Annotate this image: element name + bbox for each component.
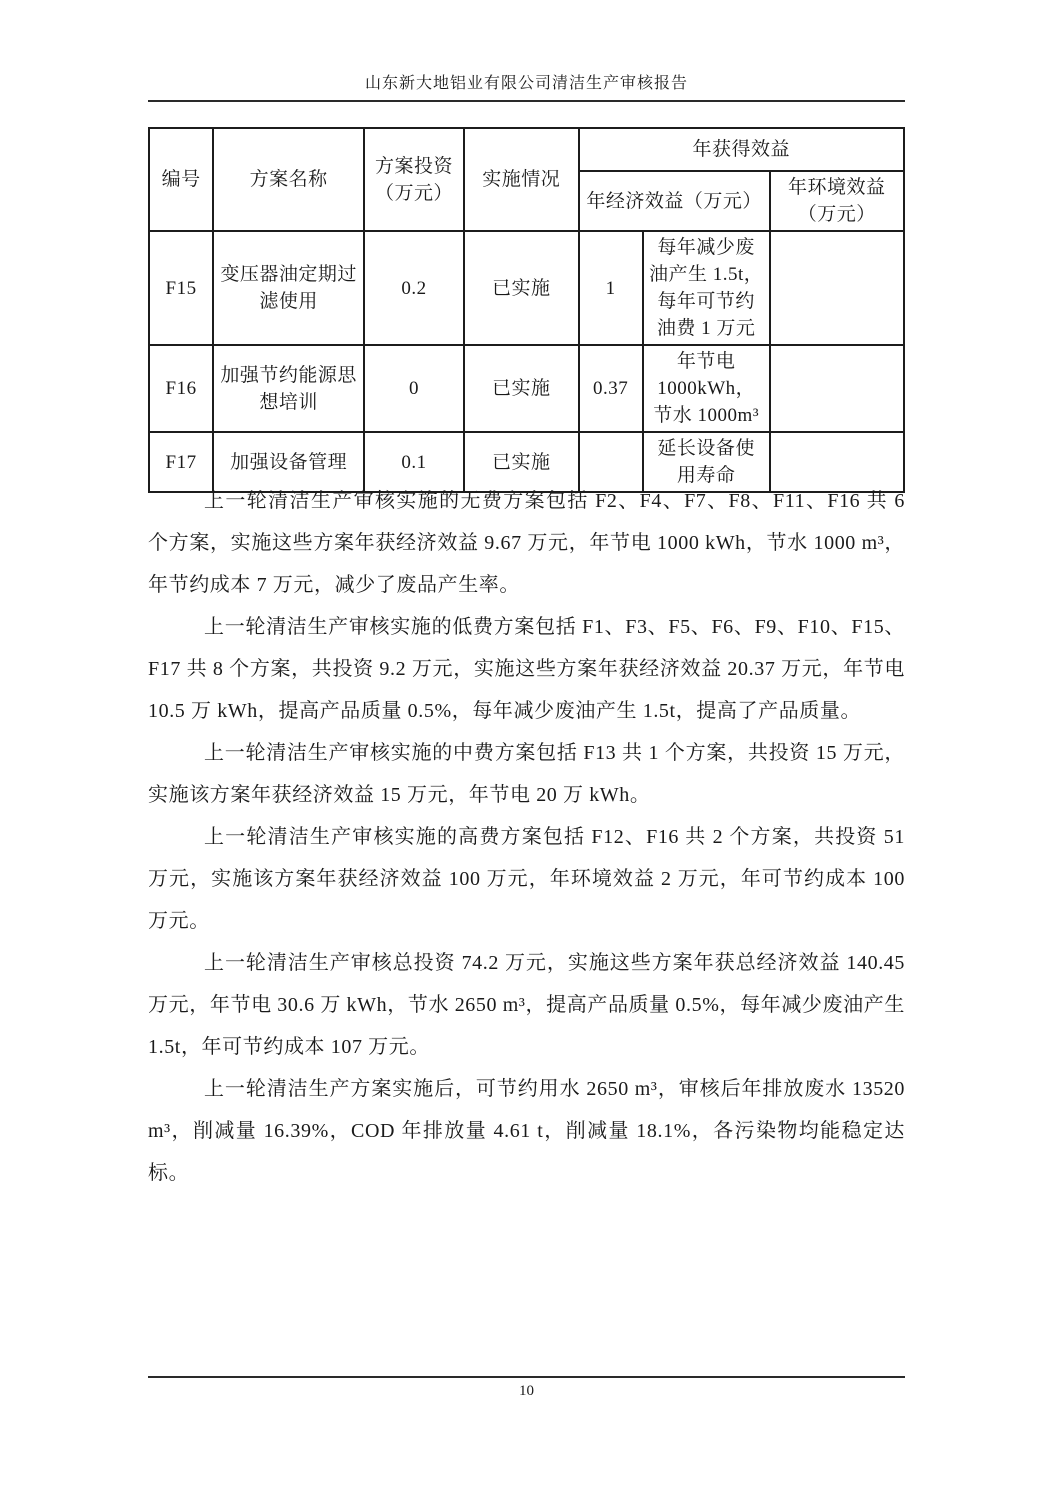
cell-env [770,345,904,432]
col-header-id: 编号 [149,128,213,231]
cell-econ-desc: 年节电 1000kWh，节水 1000m³ [643,345,770,432]
cell-id: F15 [149,231,213,345]
document-page: 山东新大地铝业有限公司清洁生产审核报告 编号 方案名称 方案投资 （万元） 实施… [0,0,1050,1485]
cell-econ-desc: 每年减少废油产生 1.5t，每年可节约油费 1 万元 [643,231,770,345]
col-header-investment: 方案投资 （万元） [364,128,464,231]
table-header-row-1: 编号 方案名称 方案投资 （万元） 实施情况 年获得效益 [149,128,904,171]
table-row: F15 变压器油定期过滤使用 0.2 已实施 1 每年减少废油产生 1.5t，每… [149,231,904,345]
body-paragraph: 上一轮清洁生产审核实施的中费方案包括 F13 共 1 个方案，共投资 15 万元… [148,732,905,816]
col-header-benefit-env: 年环境效益 （万元） [770,171,904,231]
body-paragraph: 上一轮清洁生产审核总投资 74.2 万元，实施这些方案年获总经济效益 140.4… [148,942,905,1068]
cell-name: 加强节约能源思想培训 [213,345,364,432]
cell-name: 变压器油定期过滤使用 [213,231,364,345]
body-paragraph: 上一轮清洁生产审核实施的低费方案包括 F1、F3、F5、F6、F9、F10、F1… [148,606,905,732]
page-footer: 10 [148,1376,905,1400]
body-paragraph: 上一轮清洁生产审核实施的无费方案包括 F2、F4、F7、F8、F11、F16 共… [148,480,905,606]
col-header-status: 实施情况 [464,128,579,231]
cell-env [770,231,904,345]
cell-econ-value: 1 [579,231,643,345]
body-paragraph: 上一轮清洁生产审核实施的高费方案包括 F12、F16 共 2 个方案，共投资 5… [148,816,905,942]
cell-id: F16 [149,345,213,432]
audit-plans-table: 编号 方案名称 方案投资 （万元） 实施情况 年获得效益 年经济效益（万元） 年… [148,127,905,493]
cell-investment: 0 [364,345,464,432]
cell-econ-value: 0.37 [579,345,643,432]
cell-investment: 0.2 [364,231,464,345]
body-text-block: 上一轮清洁生产审核实施的无费方案包括 F2、F4、F7、F8、F11、F16 共… [148,480,905,1194]
table-row: F16 加强节约能源思想培训 0 已实施 0.37 年节电 1000kWh，节水… [149,345,904,432]
body-paragraph: 上一轮清洁生产方案实施后，可节约用水 2650 m³，审核后年排放废水 1352… [148,1068,905,1194]
col-header-benefit-econ: 年经济效益（万元） [579,171,770,231]
col-header-name: 方案名称 [213,128,364,231]
col-header-benefit-group: 年获得效益 [579,128,904,171]
cell-status: 已实施 [464,345,579,432]
page-header-title: 山东新大地铝业有限公司清洁生产审核报告 [148,70,905,102]
cell-status: 已实施 [464,231,579,345]
page-number: 10 [519,1383,534,1399]
